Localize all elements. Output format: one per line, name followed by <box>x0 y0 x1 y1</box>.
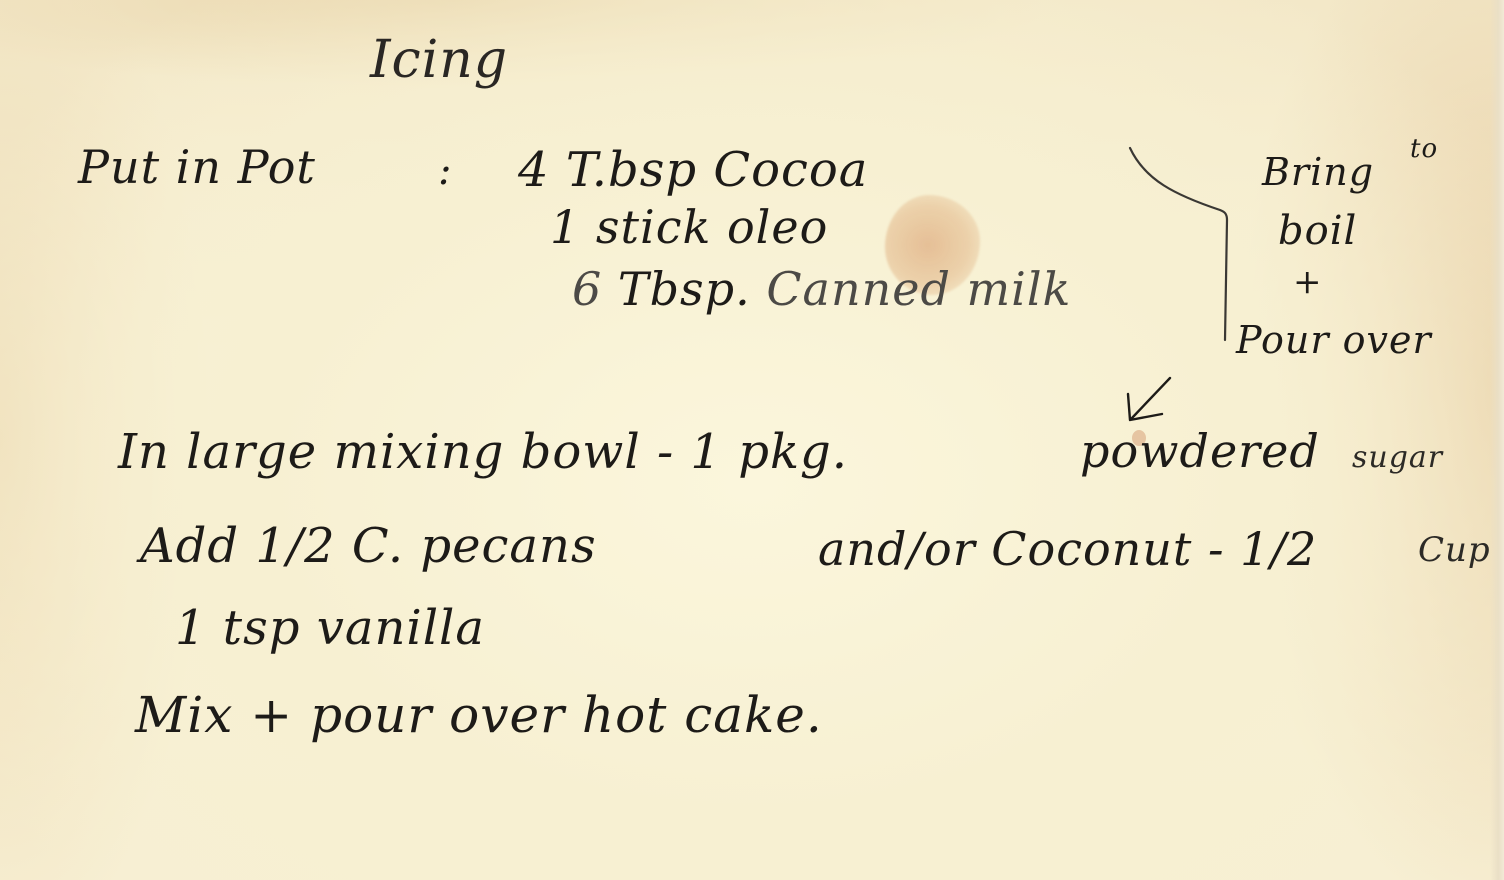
recipe-title: Icing <box>370 30 508 90</box>
ingredient-unit: T.bsp <box>566 142 697 198</box>
ingredient-qty: 4 <box>518 142 550 198</box>
ingredient-unit: stick <box>596 200 711 254</box>
step1-separator: : <box>438 148 452 194</box>
step1-label: Put in Pot <box>78 140 316 194</box>
ingredient-qty: 1 <box>550 200 580 254</box>
ingredient-unit: Tbsp. <box>618 262 751 316</box>
note-bring: Bring <box>1262 150 1374 194</box>
step2-line1: In large mixing bowl - 1 pkg. <box>118 424 848 480</box>
recipe-card: Icing Put in Pot : 4 T.bsp Cocoa 1 stick… <box>0 0 1504 880</box>
step2-line2: Add 1/2 C. pecans <box>140 518 597 574</box>
note-to: to <box>1410 134 1438 164</box>
ingredient-qty: 6 <box>572 262 602 316</box>
ingredient-cocoa: 4 T.bsp Cocoa <box>518 142 868 198</box>
step2-line3: 1 tsp vanilla <box>175 600 485 656</box>
ingredient-oleo: 1 stick oleo <box>550 200 828 254</box>
step2-line1-item-end: sugar <box>1352 440 1443 475</box>
step2-line1-item: powdered <box>1080 424 1320 478</box>
step2-line4: Mix + pour over hot cake. <box>135 686 823 744</box>
bracket-icon <box>1125 140 1245 350</box>
ingredient-canned-milk: 6 Tbsp. Canned milk <box>572 262 1071 316</box>
step2-line2-end: Cup <box>1418 530 1491 570</box>
ingredient-item: Cocoa <box>713 142 868 198</box>
ingredient-item: Canned milk <box>766 262 1071 316</box>
note-pour-over: Pour over <box>1236 318 1432 362</box>
note-boil: boil <box>1278 208 1357 254</box>
ingredient-item: oleo <box>727 200 828 254</box>
note-and: + <box>1293 262 1323 302</box>
card-edge <box>1490 0 1504 880</box>
step2-line2-mid: and/or Coconut - 1/2 <box>818 522 1317 576</box>
